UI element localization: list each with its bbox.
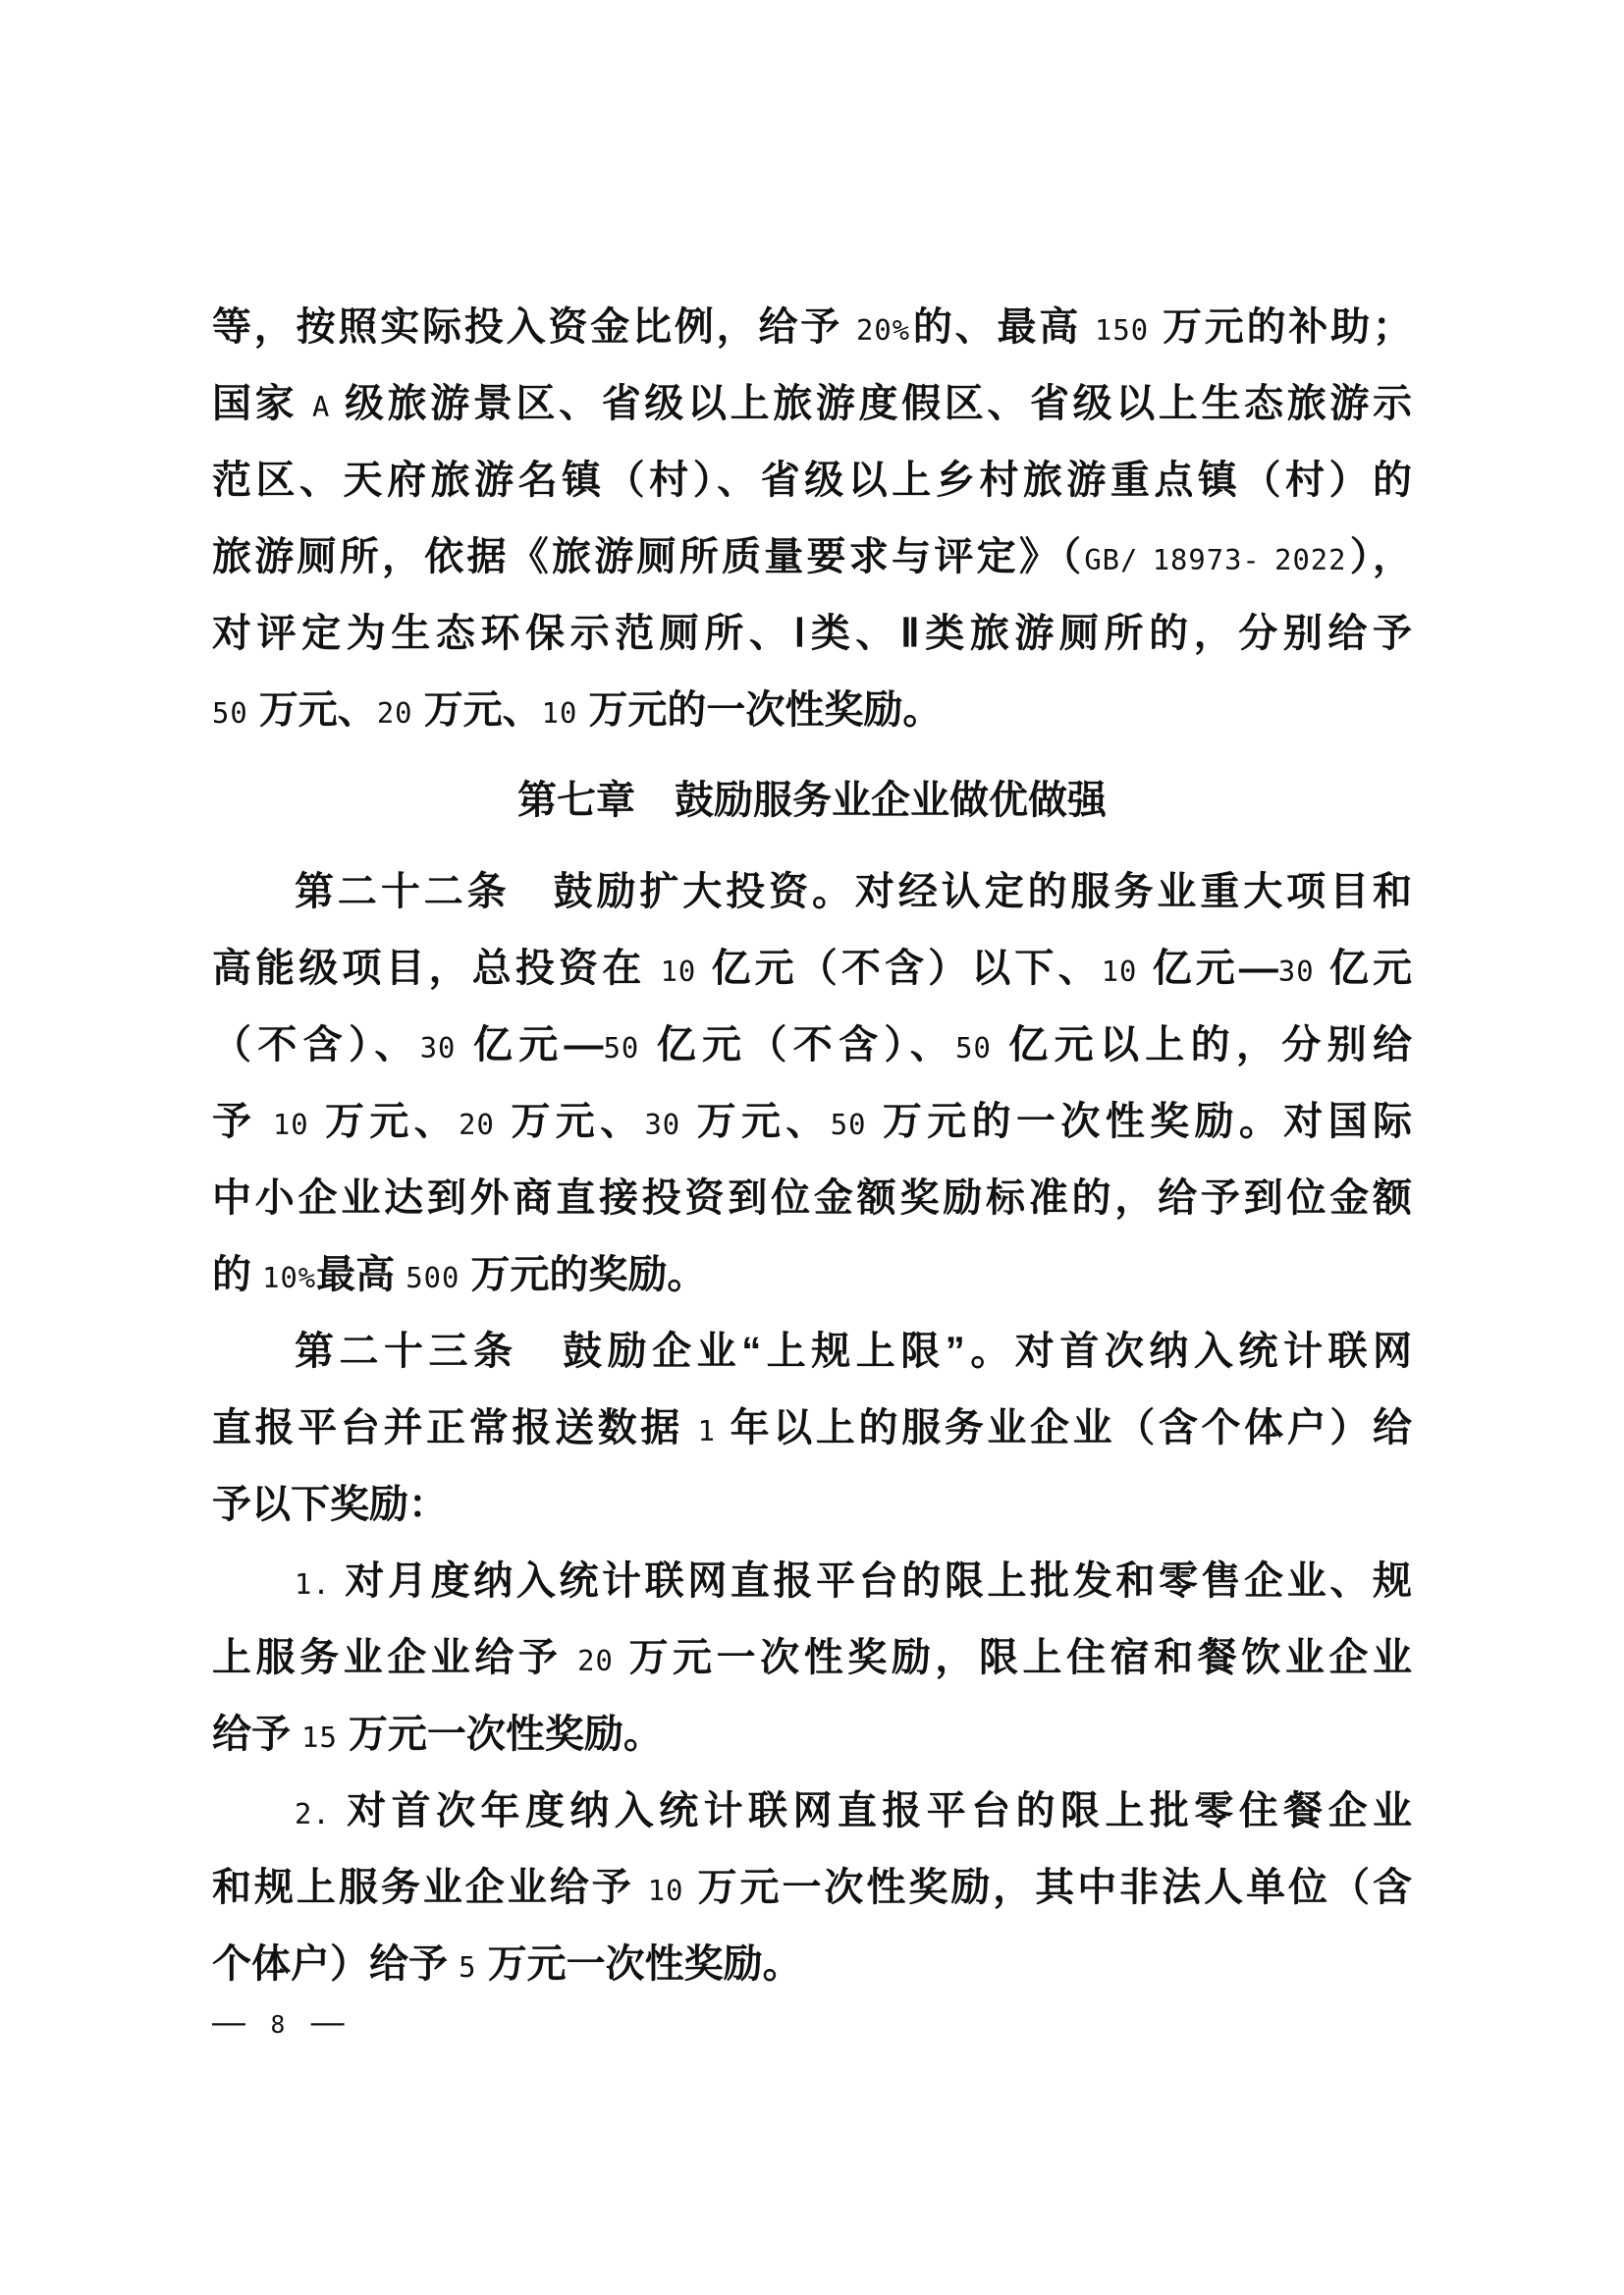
latin-text: 10: [661, 955, 697, 988]
text-line: 上服务业企业给予 20 万元一次性奖励，限上住宿和餐饮业企业: [212, 1619, 1412, 1696]
latin-text: 20: [377, 696, 413, 730]
latin-text: 10: [542, 696, 578, 730]
text-line: 和规上服务业企业给予 10 万元一次性奖励，其中非法人单位（含: [212, 1849, 1412, 1926]
latin-text: 10: [273, 1108, 309, 1141]
text-line: （不含）、30 亿元—50 亿元（不含）、50 亿元以上的，分别给: [212, 1007, 1412, 1083]
latin-text: 30: [644, 1108, 680, 1141]
latin-text: 50: [955, 1031, 992, 1065]
latin-text: 50: [212, 696, 248, 730]
latin-text: 30: [420, 1031, 457, 1065]
latin-text: GB/: [1084, 543, 1138, 576]
latin-text: 10: [648, 1874, 684, 1907]
text-line: 1. 对月度纳入统计联网直报平台的限上批发和零售企业、规: [212, 1543, 1412, 1619]
latin-text: 20%: [856, 313, 910, 347]
latin-text: 18973-: [1153, 543, 1261, 576]
latin-text: 2022: [1274, 543, 1346, 576]
latin-text: 5: [459, 1950, 476, 1984]
document-page: 等，按照实际投入资金比例，给予 20%的、最高 150 万元的补助；国家 A 级…: [0, 0, 1624, 2295]
latin-text: 150: [1095, 313, 1149, 347]
text-line: 中小企业达到外商直接投资到位金额奖励标准的，给予到位金额: [212, 1160, 1412, 1236]
text-line: 等，按照实际投入资金比例，给予 20%的、最高 150 万元的补助；: [212, 289, 1412, 365]
chapter-heading: 第七章 鼓励服务业企业做优做强: [212, 762, 1412, 839]
document-body: 等，按照实际投入资金比例，给予 20%的、最高 150 万元的补助；国家 A 级…: [212, 289, 1412, 2002]
latin-text: 15: [301, 1721, 338, 1754]
latin-text: 8: [270, 2010, 286, 2039]
text-line: 国家 A 级旅游景区、省级以上旅游度假区、省级以上生态旅游示: [212, 365, 1412, 442]
text-line: 第二十二条 鼓励扩大投资。对经认定的服务业重大项目和: [212, 853, 1412, 930]
text-line: 给予 15 万元一次性奖励。: [212, 1696, 1412, 1773]
text-line: 个体户）给予 5 万元一次性奖励。: [212, 1926, 1412, 2002]
text-line: 范区、天府旅游名镇（村）、省级以上乡村旅游重点镇（村）的: [212, 442, 1412, 519]
latin-text: 20: [577, 1644, 614, 1677]
text-line: 2. 对首次年度纳入统计联网直报平台的限上批零住餐企业: [212, 1773, 1412, 1849]
text-line: 高能级项目，总投资在 10 亿元（不含）以下、10 亿元—30 亿元: [212, 930, 1412, 1007]
text-line: 直报平台并正常报送数据 1 年以上的服务业企业（含个体户）给: [212, 1390, 1412, 1466]
latin-text: 1.: [295, 1567, 331, 1601]
latin-text: 1: [698, 1414, 716, 1448]
text-line: 第二十三条 鼓励企业“上规上限”。对首次纳入统计联网: [212, 1313, 1412, 1390]
text-line: 旅游厕所，依据《旅游厕所质量要求与评定》（GB/ 18973- 2022），: [212, 519, 1412, 595]
text-line: 对评定为生态环保示范厕所、Ⅰ类、Ⅱ类旅游厕所的，分别给予: [212, 595, 1412, 672]
latin-text: 500: [406, 1261, 460, 1294]
text-line: 的 10%最高 500 万元的奖励。: [212, 1236, 1412, 1313]
text-line: 予 10 万元、20 万元、30 万元、50 万元的一次性奖励。对国际: [212, 1083, 1412, 1160]
latin-text: 50: [831, 1108, 867, 1141]
text-line: 予以下奖励：: [212, 1466, 1412, 1543]
latin-text: 10: [1102, 955, 1138, 988]
latin-text: 10%: [262, 1261, 316, 1294]
page-number: — 8 —: [212, 2003, 345, 2042]
latin-text: 2.: [295, 1797, 331, 1831]
latin-text: 30: [1278, 955, 1315, 988]
latin-text: 20: [459, 1108, 495, 1141]
latin-text: 50: [604, 1031, 640, 1065]
text-line: 50 万元、20 万元、10 万元的一次性奖励。: [212, 672, 1412, 748]
latin-text: A: [312, 390, 330, 423]
